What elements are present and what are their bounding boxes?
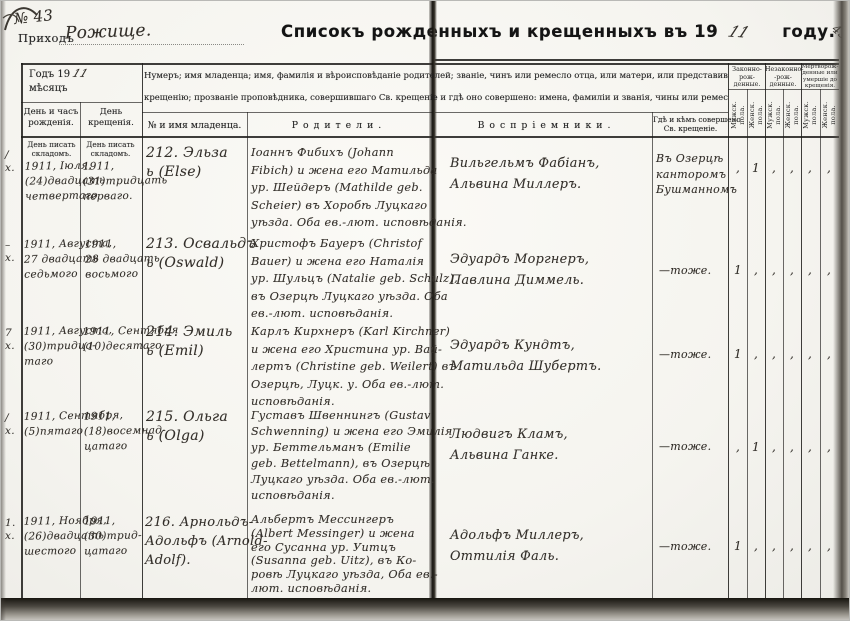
where-column-header: Гдѣ и кѣмъ совершеноСв. крещеніе. <box>653 115 728 133</box>
scan-edge-right <box>833 1 849 605</box>
tally-legitimate-male: 1 <box>730 539 746 553</box>
stillborn-male-label: Мужск. пола. <box>802 92 818 138</box>
tally-legitimate-male: 1 <box>730 347 746 361</box>
birth-column-header: День и часърожденія. <box>23 107 79 129</box>
tally-legitimate-male: 1 <box>730 263 746 277</box>
parents: Карлъ Кирхнеръ (Karl Kirchner)и жена его… <box>251 323 456 411</box>
tally-legitimate-male: , <box>730 440 746 454</box>
tally-stillborn-male: , <box>802 440 818 454</box>
legitimate-group-header: Законно-рож-денные. <box>729 66 765 89</box>
page-title: Списокъ рожденныхъ и крещенныхъ въ 19 11… <box>281 22 836 41</box>
margin-marks: ∕х. <box>5 149 15 175</box>
form-description-line2: крещенію; прозваніе проповѣдника, соверш… <box>144 93 728 103</box>
year-label: Годъ 19 <box>29 69 70 80</box>
margin-marks: –х. <box>5 239 15 265</box>
tally-illegitimate-female: , <box>784 440 800 454</box>
tally-illegitimate-female: , <box>784 347 800 361</box>
tally-stillborn-male: , <box>802 539 818 553</box>
title-year-handwritten: 11 <box>726 22 753 41</box>
year-cell: Годъ 19 11 <box>29 67 88 80</box>
parents: Іоаннъ Фибихъ (JohannFibich) и жена его … <box>251 144 467 232</box>
number-and-name: 216. Арнольдъ-Адольфъ (Arnold-Adolf). <box>145 513 268 570</box>
number-name-column-header: № и имя младенца. <box>142 120 247 131</box>
tally-illegitimate-female: , <box>784 161 800 175</box>
number-and-name: 214. Эмильь (Emil) <box>146 323 233 361</box>
tally-legitimate-male: , <box>730 161 746 175</box>
godparents: Эдуардъ Кундтъ,Матильда Шубертъ. <box>450 335 601 377</box>
godparents: Вильгельмъ Фабіанъ,Альвина Миллеръ. <box>450 153 600 195</box>
where-baptized: —тоже. <box>659 347 711 363</box>
margin-marks: 7х. <box>5 327 15 353</box>
tally-illegitimate-male: , <box>766 263 782 277</box>
tally-illegitimate-male: , <box>766 440 782 454</box>
tally-illegitimate-female: , <box>784 539 800 553</box>
parish-name: Рожище. <box>65 20 152 43</box>
godparents: Эдуардъ Моргнеръ,Павлина Диммель. <box>450 249 589 291</box>
parish-dotted-line <box>59 44 244 45</box>
title-text: Списокъ рожденныхъ и крещенныхъ въ 19 <box>281 22 718 41</box>
tally-illegitimate-male: , <box>766 161 782 175</box>
parents: Густавъ Швеннингъ (GustavSchwenning) и ж… <box>251 408 453 504</box>
birth-date-note: День писатьскладомъ. <box>24 141 79 158</box>
godparents: Адольфъ Миллеръ,Оттилія Фаль. <box>450 525 584 567</box>
number-and-name: 213. Освальдъь (Oswald) <box>146 235 256 273</box>
illegitimate-male-label: Мужск. пола. <box>766 92 782 138</box>
scan-edge-left <box>1 1 6 621</box>
legitimate-female-label: Женск. пола. <box>748 92 764 138</box>
title-tail: году. <box>782 22 835 41</box>
tally-illegitimate-male: , <box>766 347 782 361</box>
tally-stillborn-male: , <box>802 161 818 175</box>
tally-legitimate-female: 1 <box>748 440 764 454</box>
illegitimate-group-header: Незаконно--рож-денные. <box>765 66 801 89</box>
baptism-date: 1911,(30)трид-цатаго <box>84 513 143 559</box>
scanned-register-page: № 43 Приходъ Рожище. Списокъ рожденныхъ … <box>0 0 850 621</box>
tally-legitimate-female: , <box>748 539 764 553</box>
month-label: мѣсяцъ <box>29 83 68 94</box>
tally-stillborn-male: , <box>802 263 818 277</box>
godparents-column-header: Воспріемники. <box>441 120 652 131</box>
tally-legitimate-female: 1 <box>748 161 764 175</box>
margin-marks: ∕х. <box>5 412 15 438</box>
parents: Христофъ Бауеръ (ChristofBauer) и жена е… <box>251 235 458 323</box>
baptism-column-header: Денькрещенія. <box>82 107 140 129</box>
tally-legitimate-female: , <box>748 263 764 277</box>
corner-number: № 43 <box>13 6 54 28</box>
number-and-name: 212. Эльзаь (Else) <box>146 144 228 182</box>
tally-illegitimate-male: , <box>766 539 782 553</box>
illegitimate-female-label: Женск. пола. <box>784 92 800 138</box>
where-baptized: —тоже. <box>659 539 711 555</box>
godparents: Людвигъ Кламъ,Альвина Ганке. <box>450 424 568 466</box>
where-baptized: —тоже. <box>659 439 711 455</box>
legitimate-male-label: Мужск. пола. <box>730 92 746 138</box>
baptism-date-note: День писатьскладомъ. <box>82 141 139 158</box>
form-description-line1: Нумеръ; имя младенца; имя, фамилія и вѣр… <box>144 71 728 81</box>
margin-marks: 1.х. <box>5 517 16 543</box>
year-handwritten: 11 <box>71 67 90 80</box>
parents-column-header: Родители. <box>247 120 431 131</box>
where-baptized: —тоже. <box>659 263 711 279</box>
tally-stillborn-male: , <box>802 347 818 361</box>
tally-legitimate-female: , <box>748 347 764 361</box>
tally-illegitimate-female: , <box>784 263 800 277</box>
number-and-name: 215. Ольгаь (Olga) <box>146 408 228 446</box>
scan-edge-bottom <box>1 598 850 621</box>
parents: Альбертъ Мессингеръ(Albert Messinger) и … <box>251 513 438 596</box>
where-baptized: Въ ОзерцѣканторомъБушманномъ <box>656 151 737 198</box>
